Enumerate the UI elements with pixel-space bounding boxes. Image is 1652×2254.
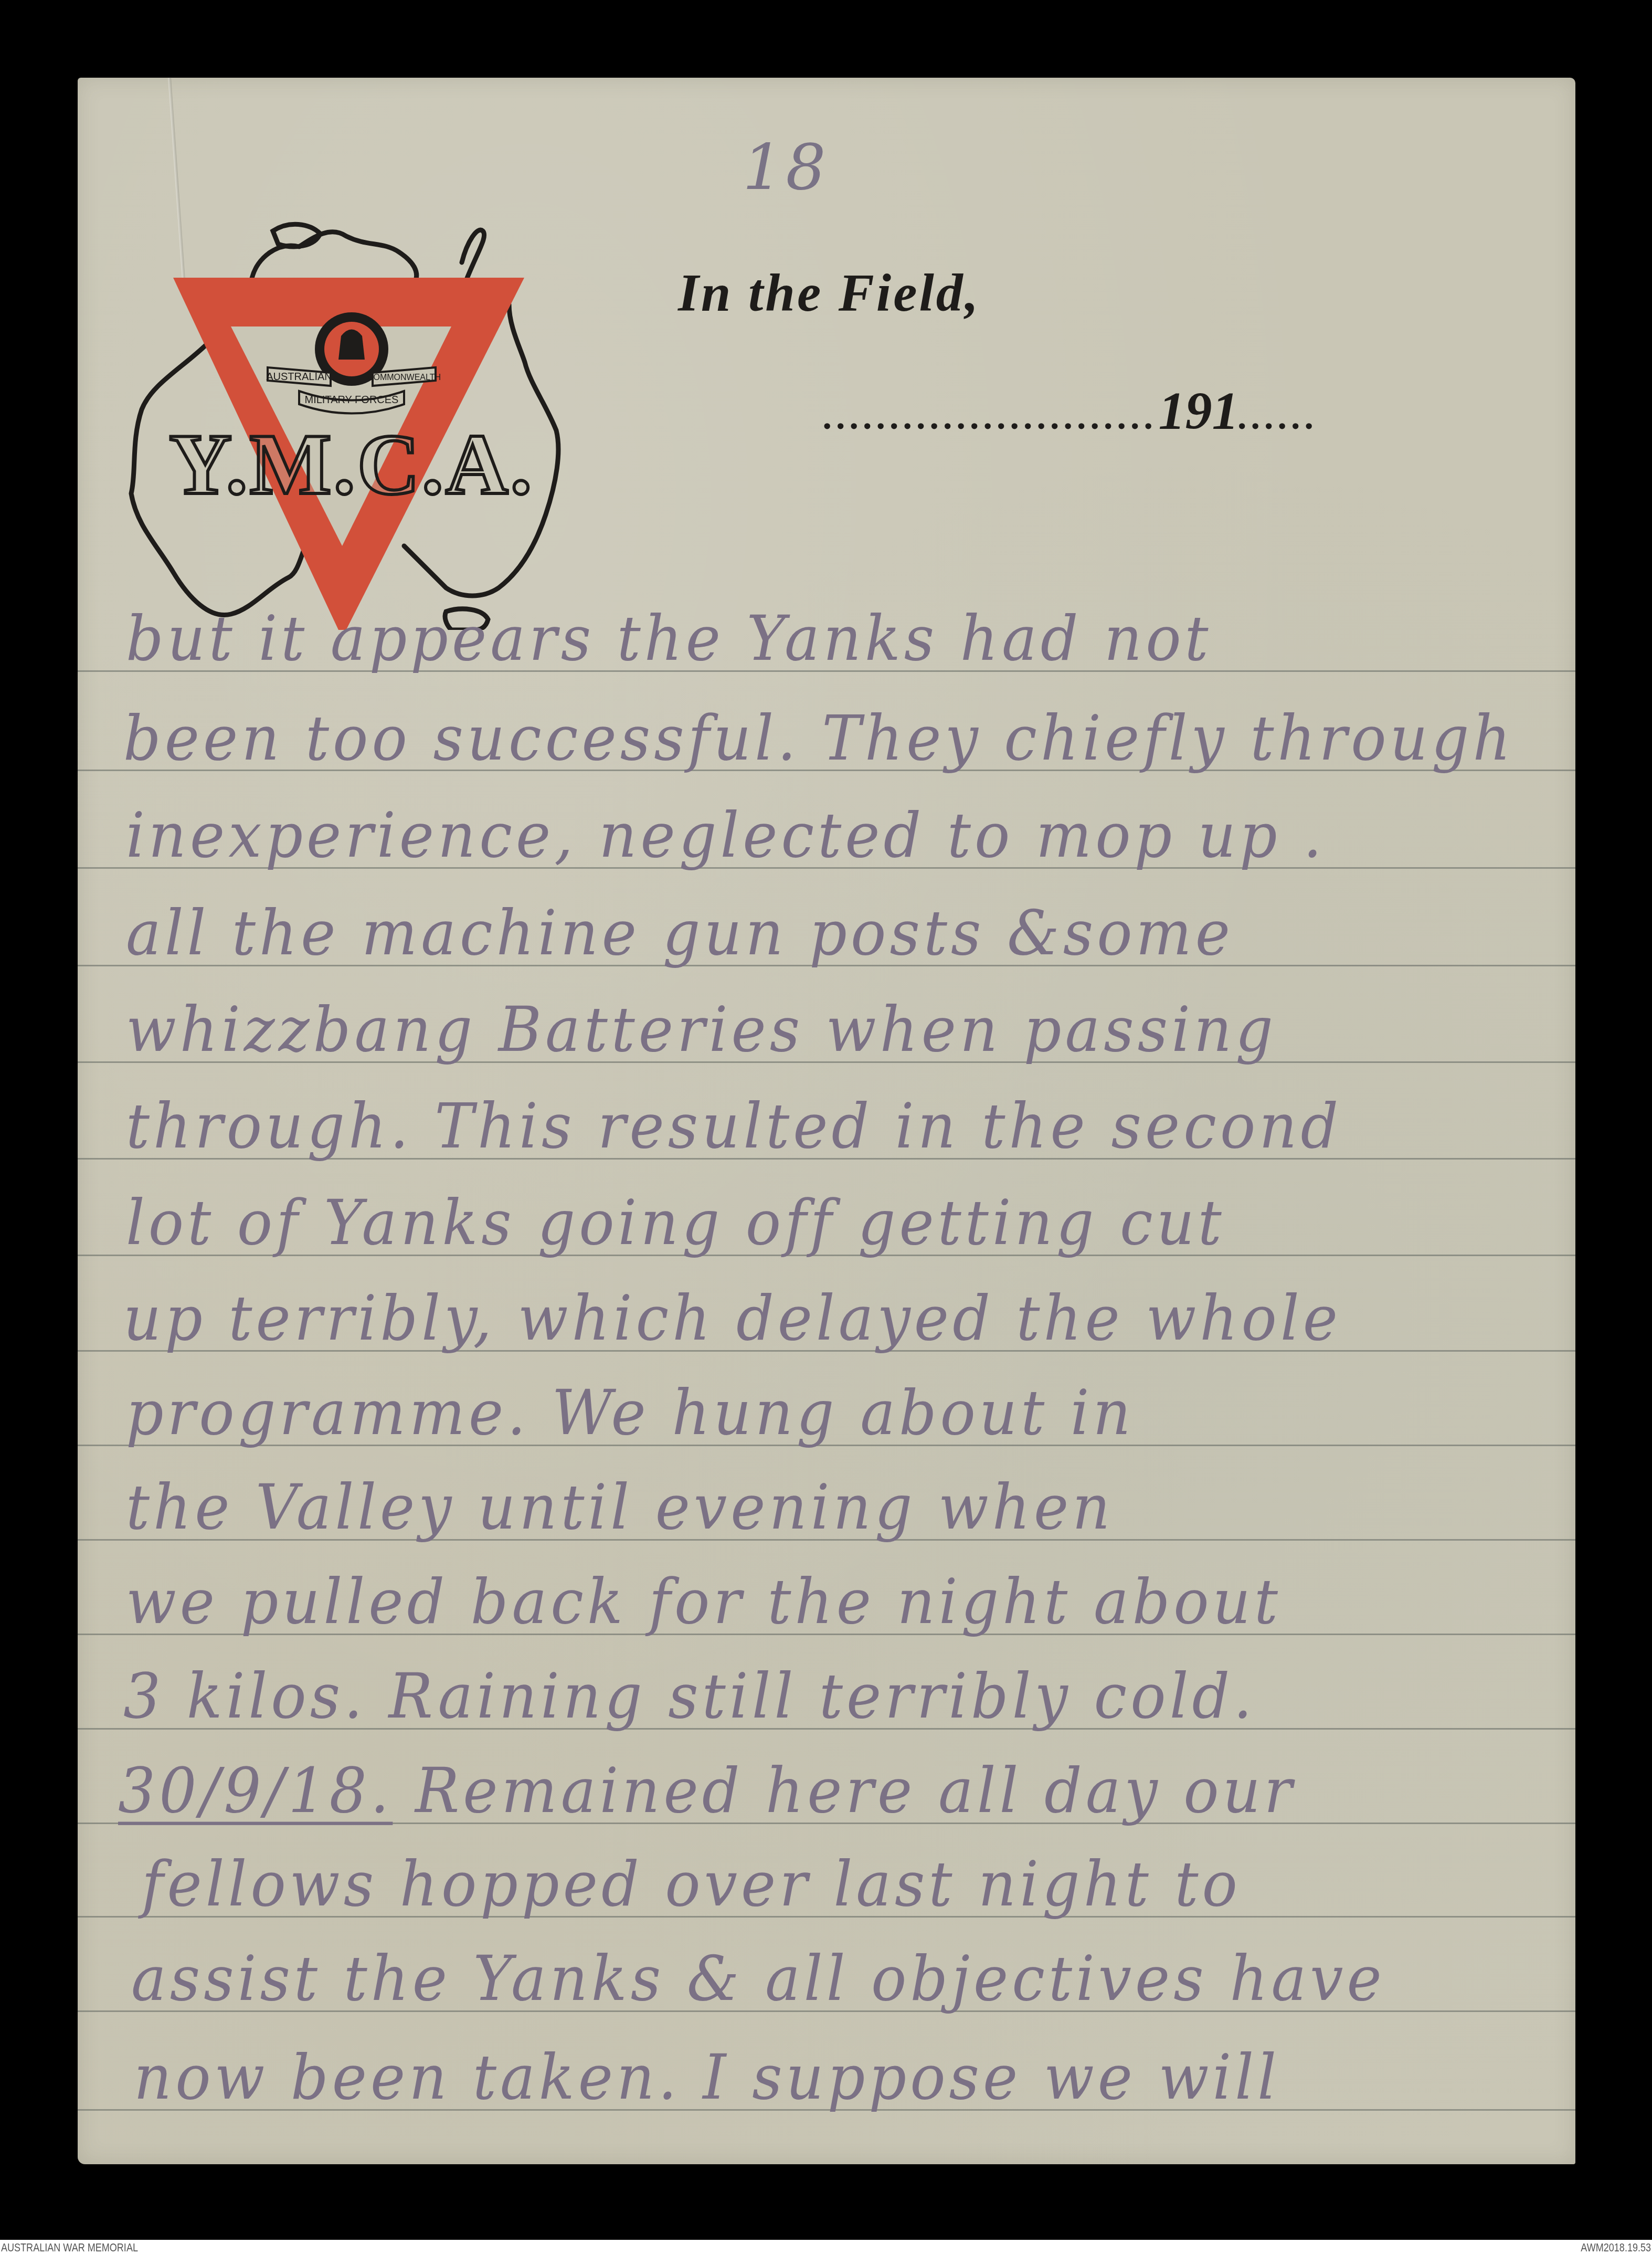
handwritten-body: but it appears the Yanks had not been to… — [0, 0, 1652, 2254]
footer-institution: AUSTRALIAN WAR MEMORIAL — [1, 2241, 138, 2254]
handwritten-line: been too successful. They chiefly throug… — [123, 703, 1515, 775]
archive-footer: AUSTRALIAN WAR MEMORIAL AWM2018.19.53 — [0, 2240, 1652, 2254]
handwritten-line: assist the Yanks & all objectives have — [131, 1943, 1385, 2015]
handwritten-line: through. This resulted in the second — [126, 1091, 1342, 1163]
handwritten-line: but it appears the Yanks had not — [126, 603, 1212, 675]
entry-date: 30/9/18. — [118, 1755, 393, 1827]
handwritten-line: all the machine gun posts &some — [126, 898, 1234, 970]
handwritten-line: inexperience, neglected to mop up . — [126, 800, 1326, 872]
entry-text: Remained here all day our — [393, 1755, 1296, 1827]
handwritten-line: the Valley until evening when — [126, 1472, 1114, 1544]
handwritten-line: now been taken. I suppose we will — [134, 2042, 1280, 2114]
handwritten-line: lot of Yanks going off getting cut — [126, 1187, 1225, 1259]
handwritten-line: up terribly, which delayed the whole — [123, 1283, 1341, 1355]
handwritten-line: fellows hopped over last night to — [142, 1849, 1241, 1921]
handwritten-line: programme. We hung about in — [126, 1377, 1135, 1449]
handwritten-dated-line: 30/9/18. Remained here all day our — [118, 1755, 1296, 1827]
handwritten-line: whizzbang Batteries when passing — [126, 994, 1277, 1066]
handwritten-line: we pulled back for the night about — [126, 1566, 1282, 1638]
footer-accession-number: AWM2018.19.53 — [1581, 2241, 1651, 2254]
handwritten-line: 3 kilos. Raining still terribly cold. — [123, 1661, 1256, 1733]
